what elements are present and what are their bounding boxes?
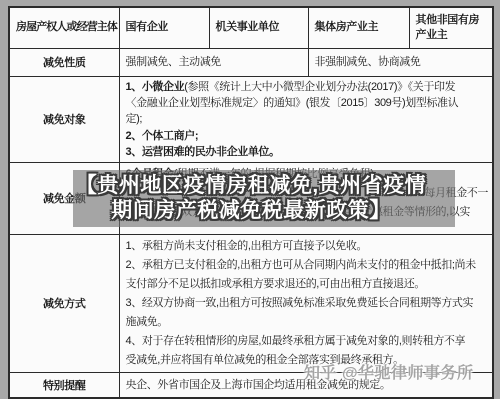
table-header-row: 房屋产权人或经营主体 国有企业 机关事业单位 集体房产业主 其他非国有房产业主 xyxy=(9,7,493,48)
text-line: 〈金融业企业划型标准规定〉的通知》(银发〔2015〕309号)划型标准认 xyxy=(126,95,489,111)
text-line: 2、个体工商户; xyxy=(126,128,489,144)
header-government-institution: 机关事业单位 xyxy=(209,7,308,48)
row-label-relief-methods: 减免方式 xyxy=(9,234,119,372)
text-line: 3、运营困难的民办非企业单位。 xyxy=(126,144,489,160)
screenshot-root: 房屋产权人或经营主体 国有企业 机关事业单位 集体房产业主 其他非国有房产业主 … xyxy=(0,0,500,399)
row-label-special-reminder: 特别提醒 xyxy=(9,372,119,398)
header-collective-owner: 集体房产业主 xyxy=(308,7,409,48)
text-line: 4、对于存在转租情形的房屋,如最终承租方属于减免对象的,则转租方不享 xyxy=(126,332,489,351)
text-line: 3、经双方协商一致,出租方可按照减免标准采取免费延长合同租期等方式实 xyxy=(126,294,489,313)
text-line: 1、承租方尚未支付租金的,出租方可直接予以免收。 xyxy=(126,237,489,256)
row-relief-targets: 减免对象 1、小微企业(参照《统计上大中小微型企业划分办法(2017)》《关于印… xyxy=(9,76,493,162)
row-label-relief-nature: 减免性质 xyxy=(9,48,119,76)
text-line: 定); xyxy=(126,111,489,127)
cell-relief-methods: 1、承租方尚未支付租金的,出租方可直接予以免收。2、承租方已支付租金的,出租方也… xyxy=(119,234,493,372)
header-state-enterprise: 国有企业 xyxy=(119,7,209,48)
header-property-owner: 房屋产权人或经营主体 xyxy=(9,7,119,48)
overlay-title-line1: 【贵州地区疫情房租减免,贵州省疫情 xyxy=(73,173,429,198)
overlay-title-line2: 期间房产税减免税最新政策】 xyxy=(73,198,429,223)
text-line: 支付部分不足以抵扣或承租方要求退还的,可由出租方直接退还。 xyxy=(126,275,489,294)
text-line: 1、小微企业(参照《统计上大中小微型企业划分办法(2017)》《关于印发 xyxy=(126,79,489,95)
text-line: 施减免。 xyxy=(126,313,489,332)
row-label-relief-targets: 减免对象 xyxy=(9,76,119,162)
header-other-non-state-owner: 其他非国有房产业主 xyxy=(409,7,493,48)
cell-nature-non-state: 非强制减免、协商减免 xyxy=(308,48,493,76)
cell-nature-state-owned: 强制减免、主动减免 xyxy=(119,48,308,76)
zhihu-watermark: 知乎 @华驰律师事务所 xyxy=(304,360,474,383)
row-relief-methods: 减免方式 1、承租方尚未支付租金的,出租方可直接予以免收。2、承租方已支付租金的… xyxy=(9,234,493,372)
title-overlay-banner: 【贵州地区疫情房租减免,贵州省疫情 期间房产税减免税最新政策】 xyxy=(73,170,455,227)
cell-relief-targets: 1、小微企业(参照《统计上大中小微型企业划分办法(2017)》《关于印发〈金融业… xyxy=(119,76,493,162)
text-line: 2、承租方已支付租金的,出租方也可从合同期内尚未支付的租金中抵扣;尚未 xyxy=(126,256,489,275)
row-relief-nature: 减免性质 强制减免、主动减免 非强制减免、协商减免 xyxy=(9,48,493,76)
